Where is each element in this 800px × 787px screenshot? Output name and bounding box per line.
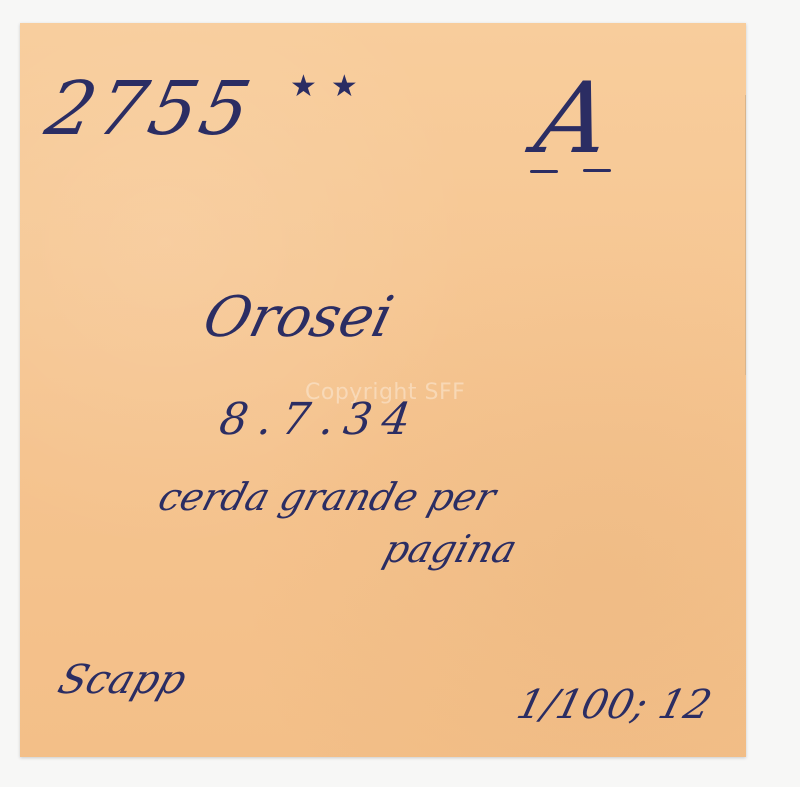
note-line-2: pagina	[380, 530, 521, 568]
grade-underline-right	[583, 169, 611, 172]
catalog-number: 2755	[40, 72, 260, 146]
locality: Orosei	[198, 290, 398, 346]
note-line-1: cerda grande per	[155, 478, 500, 516]
scale-reference: 1/100; 12	[513, 685, 715, 725]
copyright-watermark: Copyright SFF	[305, 380, 465, 405]
grade-underline-left	[530, 170, 558, 173]
rating-stars-icon: ★★	[290, 72, 372, 102]
collector-signature: Scapp	[54, 660, 192, 700]
paper-fold-line	[745, 95, 746, 375]
